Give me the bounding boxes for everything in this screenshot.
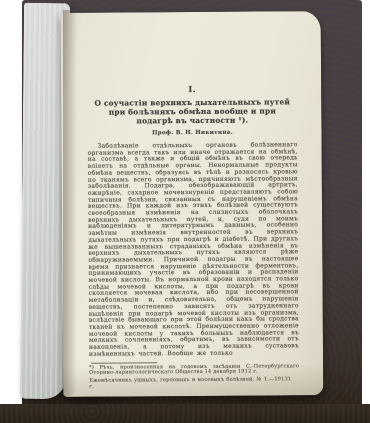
author-line: Проф. В. Н. Никитина. [87, 129, 297, 136]
leather-background-bottom [0, 404, 370, 423]
body-text: Заболѣваніе отдѣльныхъ органовъ болѣзнен… [88, 142, 299, 358]
footnote-2: Ежемѣсячникъ ушныхъ, горловыхъ и носовых… [89, 376, 288, 389]
footnote-rule [91, 362, 157, 363]
page-number: 1 [288, 377, 291, 383]
footnote-2-row: 1 Ежемѣсячникъ ушныхъ, горловыхъ и носов… [89, 377, 299, 390]
page-text-block: I. О соучастіи верхнихъ дыхательныхъ пут… [87, 83, 299, 392]
section-numeral: I. [87, 83, 297, 94]
book-page: I. О соучастіи верхнихъ дыхательныхъ пут… [61, 11, 324, 397]
book-gutter-shadow [63, 10, 77, 396]
footnote-1: *) Рѣчь, произнесенная на годовомъ засѣд… [89, 364, 299, 377]
article-title: О соучастіи верхнихъ дыхательныхъ путей … [91, 97, 293, 125]
